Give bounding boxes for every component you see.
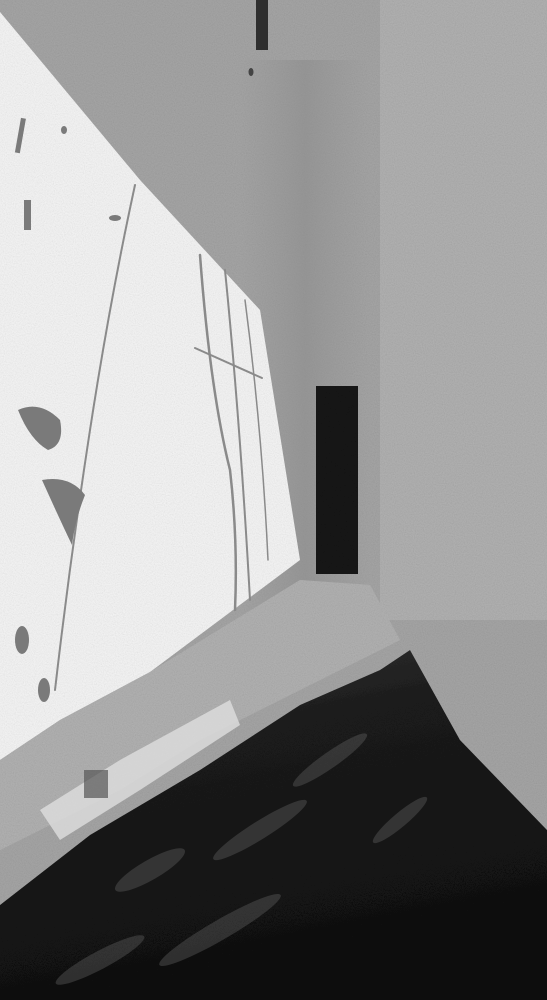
abstract-print [0,0,547,1000]
dark-square-mark [84,770,108,798]
light-patch-right [380,0,547,620]
artwork-canvas [0,0,547,1000]
top-ink-drop [249,68,254,76]
center-black-bar [316,386,358,574]
top-black-bar [256,0,268,50]
